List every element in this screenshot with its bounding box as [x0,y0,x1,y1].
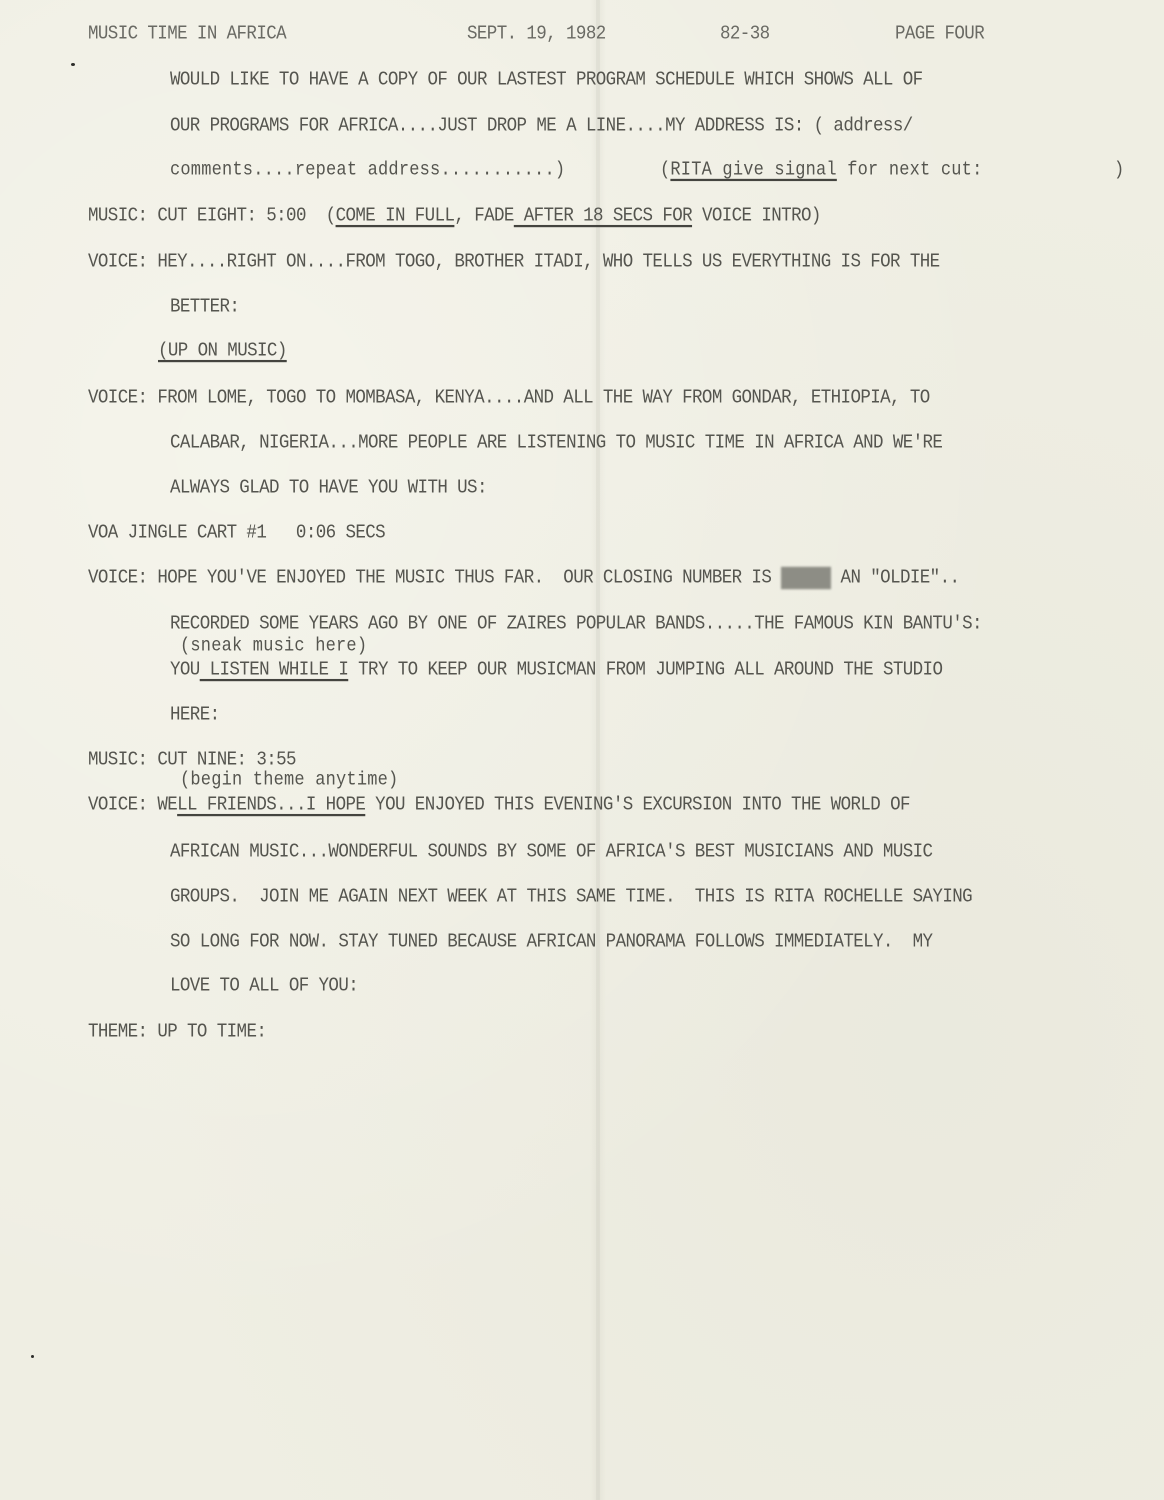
header-page-number: PAGE FOUR [895,23,984,45]
voice-text: AN "OLDIE".. [831,567,960,589]
cue-text: CUT EIGHT: 5:00 ( [157,205,335,227]
voice-4-line-5: LOVE TO ALL OF YOU: [170,975,358,997]
intro-cue: (RITA give signal for next cut: [660,160,982,182]
intro-line-1: WOULD LIKE TO HAVE A COPY OF OUR LASTEST… [170,69,923,91]
voice-3-line-2: RECORDED SOME YEARS AGO BY ONE OF ZAIRES… [170,613,982,635]
header-script-number: 82-38 [720,23,770,45]
cue-label: VOICE: [88,794,147,816]
cue-label: MUSIC: [88,749,147,771]
voice-4-line-3: GROUPS. JOIN ME AGAIN NEXT WEEK AT THIS … [170,886,972,908]
cue-underlined: AFTER 18 SECS FOR [514,205,692,227]
header-program-title: MUSIC TIME IN AFRICA [88,23,286,45]
voice-text: YOU [170,659,200,681]
cue-label: MUSIC: [88,205,147,227]
voice-3-line-4: HERE: [170,704,220,726]
voice-text: WE [157,794,177,816]
voice-2-line-1: VOICE: FROM LOME, TOGO TO MOMBASA, KENYA… [88,387,930,409]
cue-text: UP TO TIME: [157,1021,266,1043]
voice-4-line-2: AFRICAN MUSIC...WONDERFUL SOUNDS BY SOME… [170,841,932,863]
cue-text: , FADE [454,205,513,227]
ink-speck [31,1355,34,1358]
jingle-cue: VOA JINGLE CART #1 0:06 SECS [88,522,385,544]
cue-label: VOICE: [88,251,147,273]
intro-line-2: OUR PROGRAMS FOR AFRICA....JUST DROP ME … [170,115,913,137]
cue-rest: for next cut: [837,160,983,181]
voice-text: HEY....RIGHT ON....FROM TOGO, BROTHER IT… [157,251,939,273]
voice-underlined: LISTEN WHILE I [200,659,349,681]
cue-paren: ( [660,160,670,181]
voice-1-line-2: BETTER: [170,296,239,318]
cue-text: CUT NINE: 3:55 [157,749,296,771]
cue-underlined: RITA give signal [670,160,836,181]
theme-cue: THEME: UP TO TIME: [88,1021,266,1043]
voice-2-line-3: ALWAYS GLAD TO HAVE YOU WITH US: [170,477,487,499]
voice-text: FROM LOME, TOGO TO MOMBASA, KENYA....AND… [157,387,929,409]
music-cue-2-note: (begin theme anytime) [180,770,398,792]
header-date: SEPT. 19, 1982 [467,23,606,45]
cue-label: THEME: [88,1021,147,1043]
music-cue-1: MUSIC: CUT EIGHT: 5:00 (COME IN FULL, FA… [88,205,821,227]
voice-3-line-1: VOICE: HOPE YOU'VE ENJOYED THE MUSIC THU… [88,567,959,589]
voice-3-cue: (sneak music here) [180,636,367,658]
voice-text: HOPE YOU'VE ENJOYED THE MUSIC THUS FAR. … [157,567,781,589]
voice-1-line-1: VOICE: HEY....RIGHT ON....FROM TOGO, BRO… [88,251,940,273]
intro-cue-close: ) [1114,160,1124,182]
voice-1-cue: (UP ON MUSIC) [158,340,287,362]
voice-4-line-1: VOICE: WELL FRIENDS...I HOPE YOU ENJOYED… [88,794,910,816]
voice-text: TRY TO KEEP OUR MUSICMAN FROM JUMPING AL… [348,659,942,681]
struck-out-word: XXXXX [781,567,831,589]
voice-3-line-3: YOU LISTEN WHILE I TRY TO KEEP OUR MUSIC… [170,659,942,681]
cue-label: VOICE: [88,387,147,409]
voice-text: YOU ENJOYED THIS EVENING'S EXCURSION INT… [365,794,910,816]
voice-4-line-4: SO LONG FOR NOW. STAY TUNED BECAUSE AFRI… [170,931,932,953]
typed-script-page: MUSIC TIME IN AFRICA SEPT. 19, 1982 82-3… [0,0,1164,1500]
intro-line-3: comments....repeat address...........) [170,160,565,182]
voice-2-line-2: CALABAR, NIGERIA...MORE PEOPLE ARE LISTE… [170,432,942,454]
ink-speck [71,63,75,66]
cue-label: VOICE: [88,567,147,589]
cue-text: VOICE INTRO) [692,205,821,227]
cue-underlined: COME IN FULL [336,205,455,227]
music-cue-2: MUSIC: CUT NINE: 3:55 [88,749,296,771]
voice-underlined: LL FRIENDS...I HOPE [177,794,365,816]
